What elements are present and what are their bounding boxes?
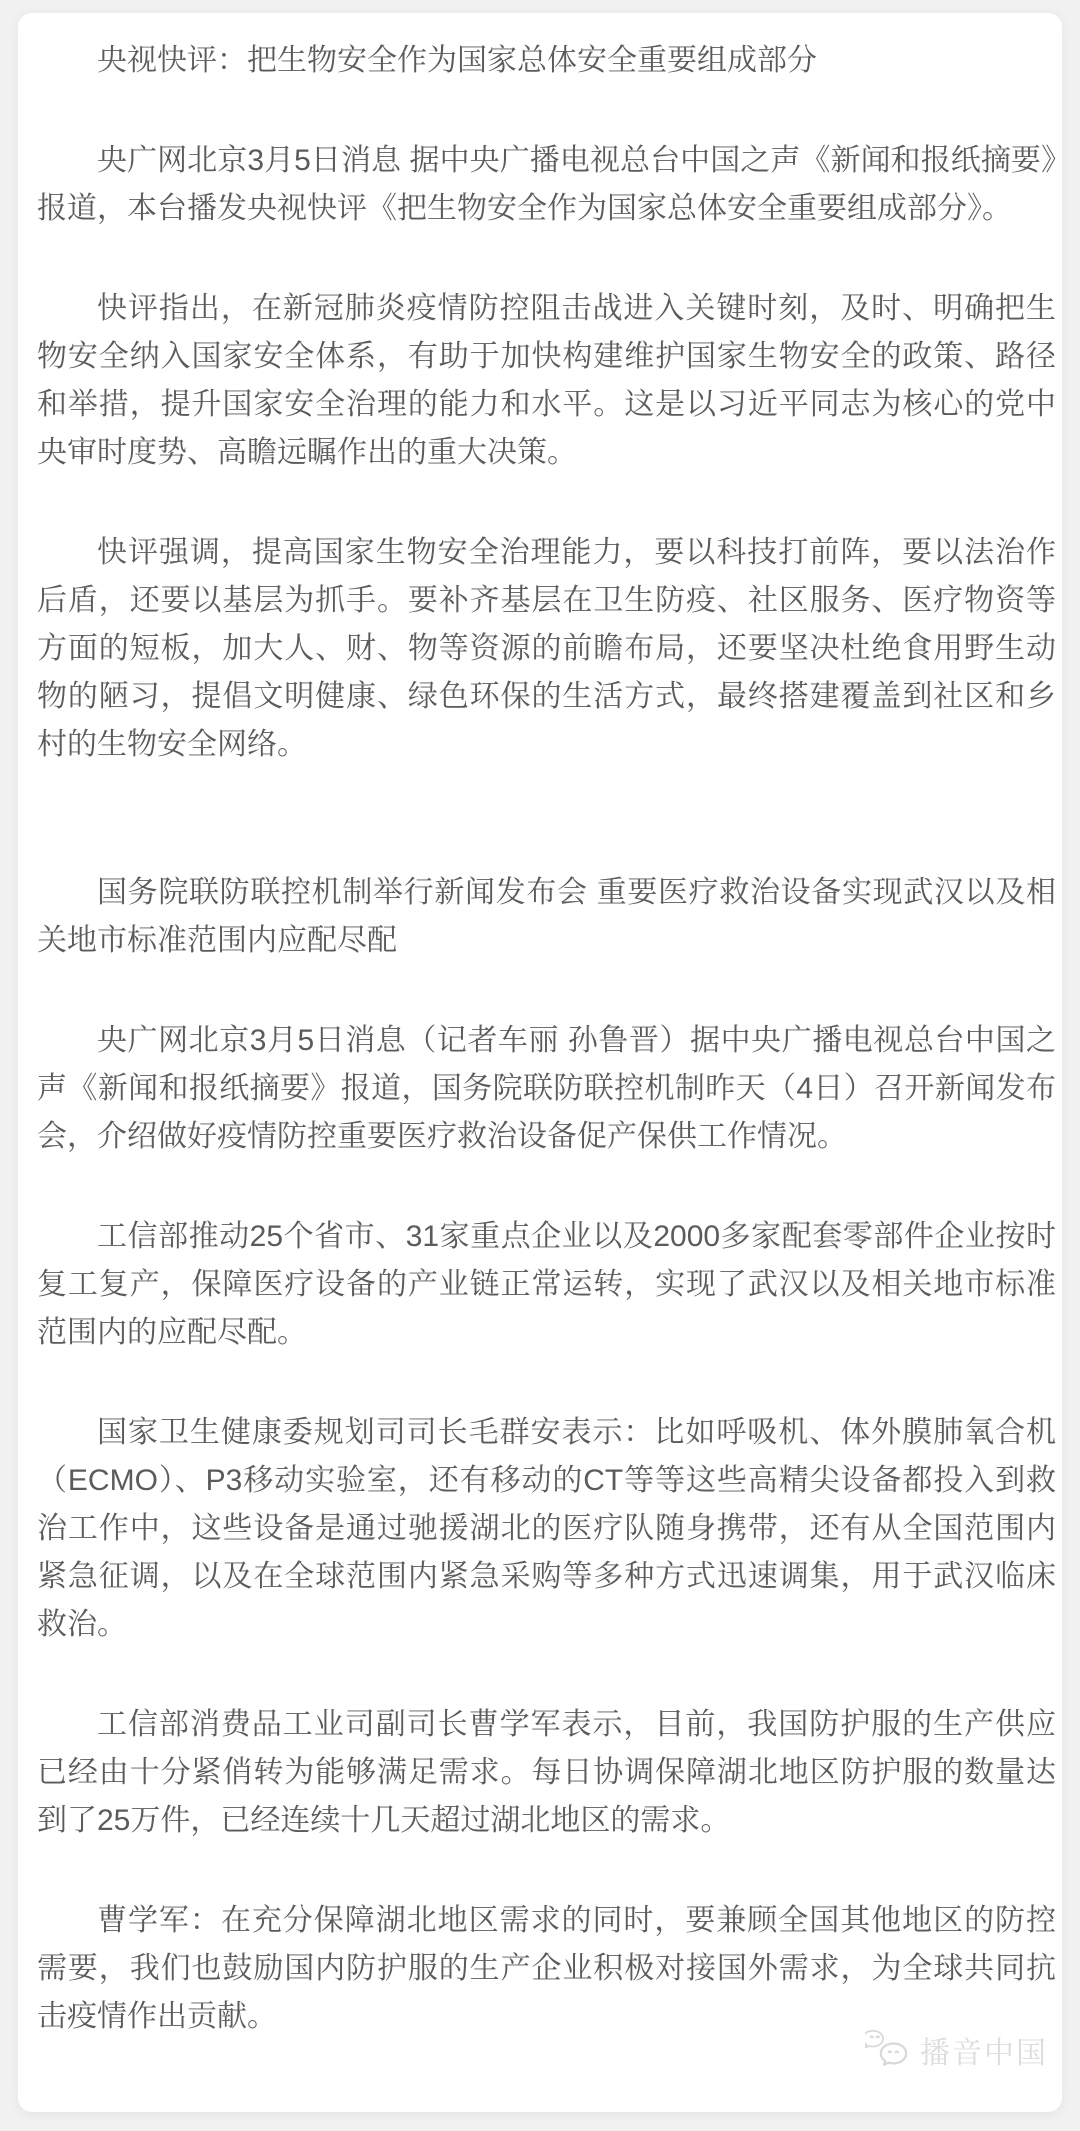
paragraph: 快评强调，提高国家生物安全治理能力，要以科技打前阵，要以法治作后盾，还要以基层为… <box>37 529 1056 769</box>
section-2-title: 国务院联防联控机制举行新闻发布会 重要医疗救治设备实现武汉以及相关地市标准范围内… <box>37 869 1056 965</box>
article-card: 央视快评：把生物安全作为国家总体安全重要组成部分 央广网北京3月5日消息 据中央… <box>18 13 1062 2112</box>
section-1-title: 央视快评：把生物安全作为国家总体安全重要组成部分 <box>37 37 1056 85</box>
paragraph: 国家卫生健康委规划司司长毛群安表示：比如呼吸机、体外膜肺氧合机（ECMO）、P3… <box>37 1409 1056 1649</box>
paragraph: 快评指出，在新冠肺炎疫情防控阻击战进入关键时刻，及时、明确把生物安全纳入国家安全… <box>37 285 1056 477</box>
paragraph: 央广网北京3月5日消息（记者车丽 孙鲁晋）据中央广播电视总台中国之声《新闻和报纸… <box>37 1017 1056 1161</box>
watermark-label: 播音中国 <box>920 2028 1048 2072</box>
paragraph: 工信部消费品工业司副司长曹学军表示，目前，我国防护服的生产供应已经由十分紧俏转为… <box>37 1701 1056 1845</box>
section-divider-space <box>37 821 1056 869</box>
paragraph: 央广网北京3月5日消息 据中央广播电视总台中国之声《新闻和报纸摘要》报道，本台播… <box>37 137 1056 233</box>
paragraph: 工信部推动25个省市、31家重点企业以及2000多家配套零部件企业按时复工复产，… <box>37 1213 1056 1357</box>
paragraph: 曹学军：在充分保障湖北地区需求的同时，要兼顾全国其他地区的防控需要，我们也鼓励国… <box>37 1897 1056 2041</box>
wechat-bubbles-icon <box>865 2029 911 2071</box>
